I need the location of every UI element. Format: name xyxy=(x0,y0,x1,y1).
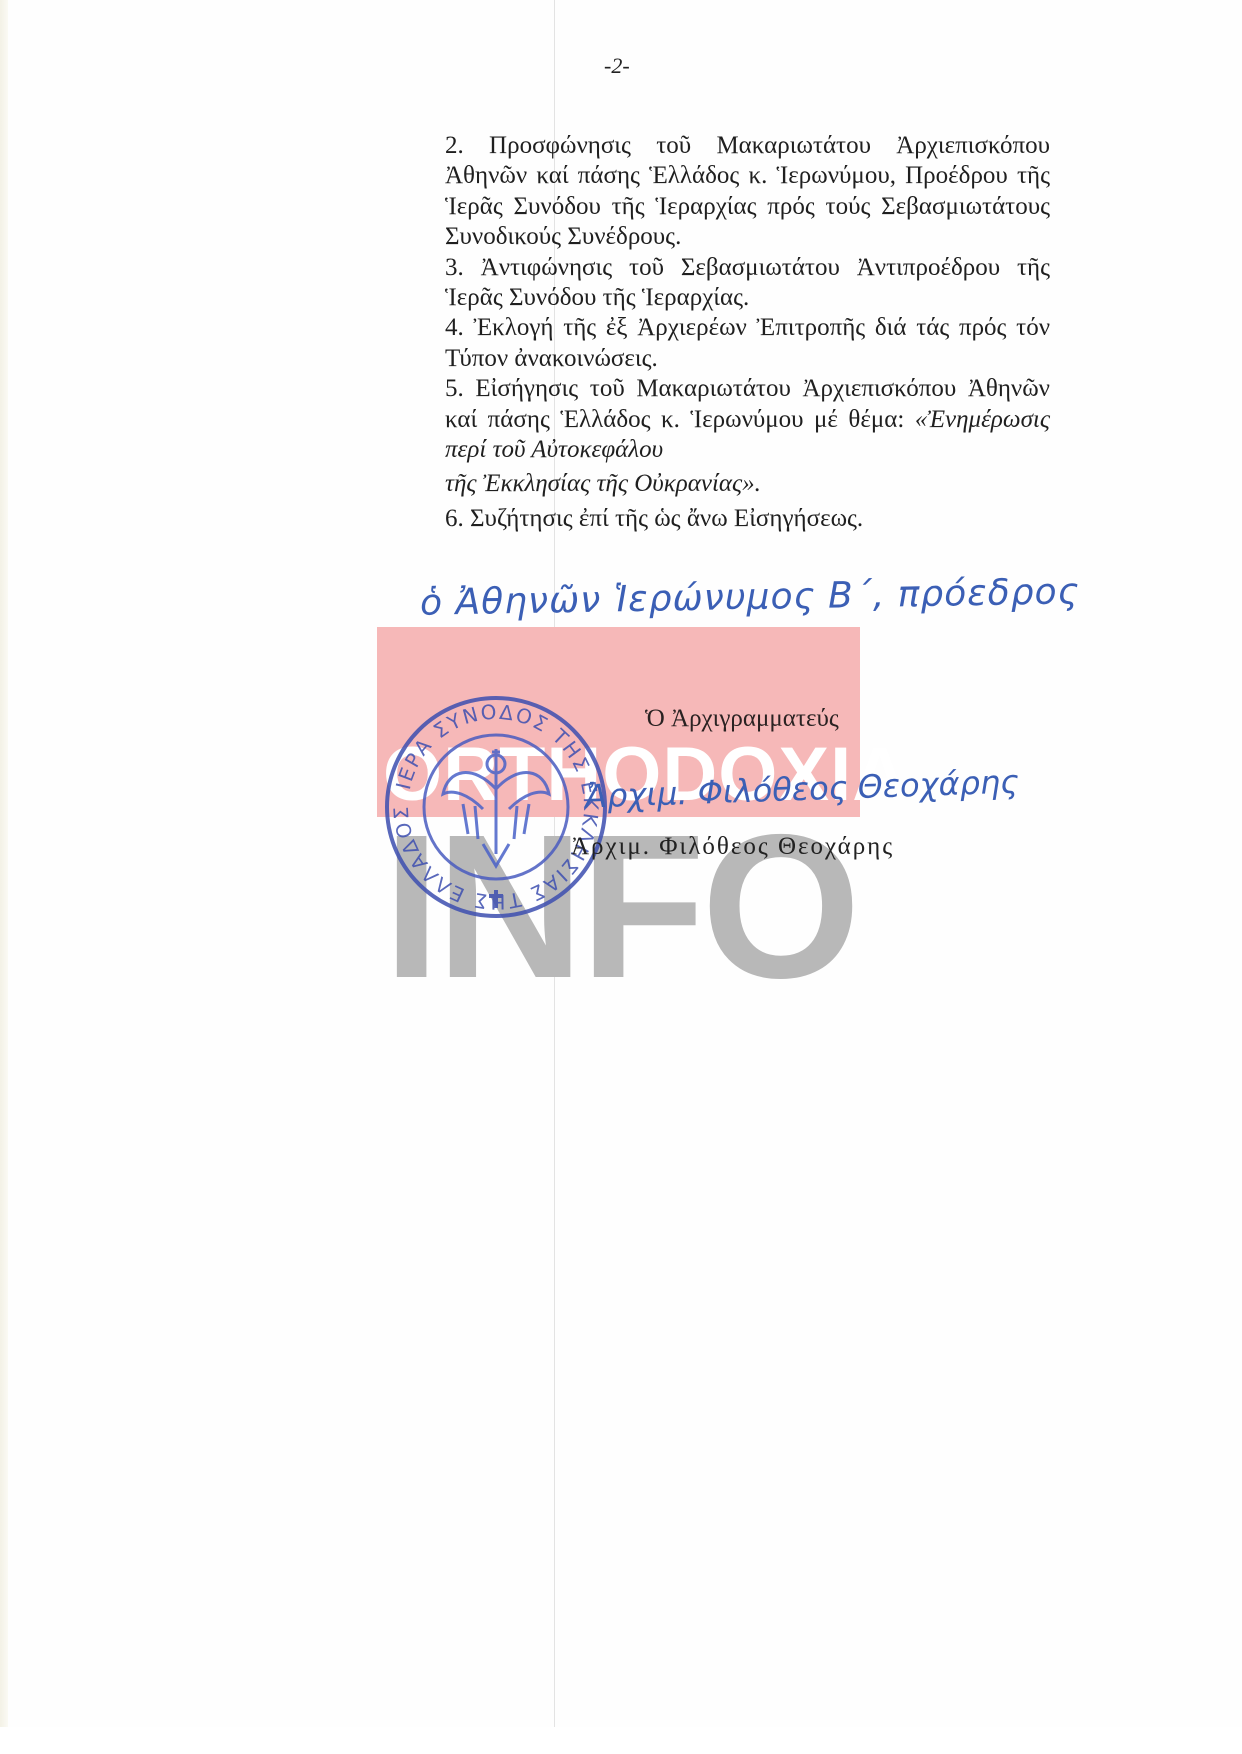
agenda-item-6: 6. Συζήτησις ἐπί τῆς ὡς ἄνω Εἰσηγήσεως. xyxy=(445,504,1050,534)
agenda-list: 2. Προσφώνησις τοῦ Μακαριωτάτου Ἀρχιεπισ… xyxy=(445,131,1050,534)
secretary-name: Ἀρχιμ. Φιλόθεος Θεοχάρης xyxy=(571,833,894,861)
agenda-item-5-topic-line2: τῆς Ἐκκλησίας τῆς Οὐκρανίας». xyxy=(445,469,1050,499)
agenda-item-3: 3. Ἀντιφώνησις τοῦ Σεβασμιωτάτου Ἀντιπρο… xyxy=(445,253,1050,314)
agenda-item-5: 5. Εἰσήγησις τοῦ Μακαριωτάτου Ἀρχιεπισκό… xyxy=(445,374,1050,500)
president-signature: ὁ Ἀθηνῶν Ἱερώνυμος Β΄, πρόεδρος xyxy=(420,571,1080,624)
agenda-item-4: 4. Ἐκλογή τῆς ἐξ Ἀρχιερέων Ἐπιτροπῆς διά… xyxy=(445,313,1050,374)
document-page: -2- 2. Προσφώνησις τοῦ Μακαριωτάτου Ἀρχι… xyxy=(0,0,1242,1727)
secretary-title: Ὁ Ἀρχιγραμματεύς xyxy=(645,705,839,733)
page-edge-shadow xyxy=(0,0,8,1727)
page-number: -2- xyxy=(604,53,630,79)
double-headed-eagle-icon xyxy=(443,749,549,866)
agenda-item-2: 2. Προσφώνησις τοῦ Μακαριωτάτου Ἀρχιεπισ… xyxy=(445,131,1050,253)
synod-seal-stamp: ΙΕΡΑ ΣΥΝΟΔΟΣ ΤΗΣ ΕΚΚΛΗΣΙΑΣ ΤΗΣ ΕΛΛΑΔΟΣ xyxy=(383,694,609,920)
